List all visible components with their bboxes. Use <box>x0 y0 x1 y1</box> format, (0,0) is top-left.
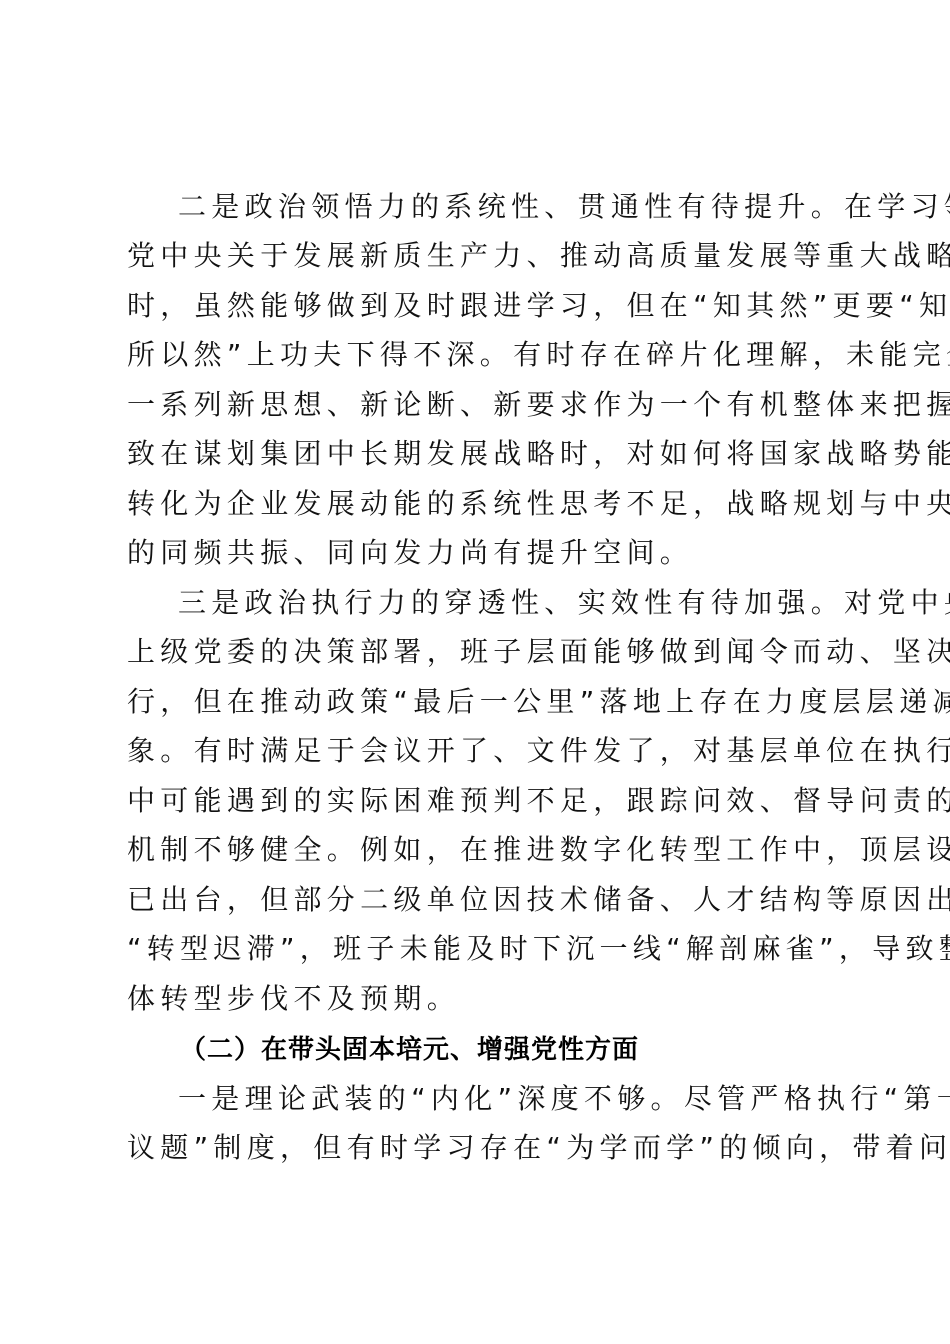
text-line: 中可能遇到的实际困难预判不足，跟踪问效、督导问责的闭环 <box>127 781 847 821</box>
text-line: 已出台，但部分二级单位因技术储备、人才结构等原因出现 <box>127 880 847 920</box>
text-line: 上级党委的决策部署，班子层面能够做到闻令而动、坚决执 <box>127 632 847 672</box>
text-line: 的同频共振、同向发力尚有提升空间。 <box>127 533 847 573</box>
text-line: 三是政治执行力的穿透性、实效性有待加强。对党中央和 <box>178 583 898 623</box>
text-line: 体转型步伐不及预期。 <box>127 979 847 1019</box>
text-line: 致在谋划集团中长期发展战略时，对如何将国家战略势能精准 <box>127 434 847 474</box>
text-line: 所以然”上功夫下得不深。有时存在碎片化理解，未能完全将 <box>127 335 847 375</box>
text-line: 象。有时满足于会议开了、文件发了，对基层单位在执行过程 <box>127 731 847 771</box>
text-line: 时，虽然能够做到及时跟进学习，但在“知其然”更要“知其 <box>127 286 847 326</box>
text-line: 一是理论武装的“内化”深度不够。尽管严格执行“第一 <box>178 1079 898 1119</box>
section-heading: （二）在带头固本培元、增强党性方面 <box>180 1030 639 1070</box>
text-line: 二是政治领悟力的系统性、贯通性有待提升。在学习领会 <box>178 187 898 227</box>
text-line: 一系列新思想、新论断、新要求作为一个有机整体来把握，导 <box>127 385 847 425</box>
text-line: 议题”制度，但有时学习存在“为学而学”的倾向，带着问题 <box>127 1128 847 1168</box>
text-line: 党中央关于发展新质生产力、推动高质量发展等重大战略部署 <box>127 236 847 276</box>
text-line: 转化为企业发展动能的系统性思考不足，战略规划与中央精神 <box>127 484 847 524</box>
document-page: 二是政治领悟力的系统性、贯通性有待提升。在学习领会 党中央关于发展新质生产力、推… <box>0 0 950 1344</box>
text-line: 行，但在推动政策“最后一公里”落地上存在力度层层递减现 <box>127 682 847 722</box>
text-line: “转型迟滞”，班子未能及时下沉一线“解剖麻雀”，导致整 <box>127 929 847 969</box>
text-line: 机制不够健全。例如，在推进数字化转型工作中，顶层设计虽 <box>127 830 847 870</box>
